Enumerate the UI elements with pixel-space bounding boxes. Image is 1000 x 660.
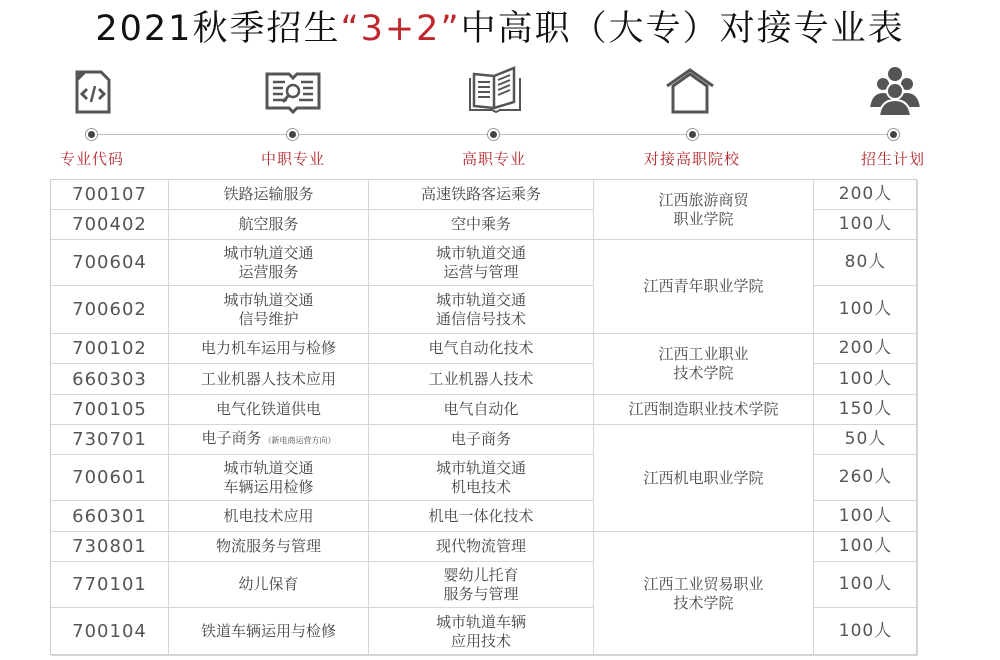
cell-line: 铁路运输服务 bbox=[223, 185, 313, 204]
cell-line: 江西工业职业 bbox=[658, 345, 748, 364]
cell-line: 电气自动化 bbox=[443, 400, 518, 419]
secondary-major-cell: 物流服务与管理 bbox=[169, 532, 369, 562]
column-header-code bbox=[22, 64, 162, 118]
enrollment-plan-cell: 260人 bbox=[814, 455, 918, 501]
major-code-cell: 700107 bbox=[51, 180, 169, 210]
major-code-cell: 700601 bbox=[51, 455, 169, 501]
code-file-icon bbox=[65, 64, 119, 118]
cell-line: 现代物流管理 bbox=[436, 537, 526, 556]
enrollment-plan-cell: 100人 bbox=[814, 210, 918, 240]
cell-line: 城市轨道交通 bbox=[436, 244, 526, 263]
column-header-secondary bbox=[223, 64, 363, 118]
partner-school-cell: 江西工业贸易职业技术学院 bbox=[594, 532, 814, 656]
major-note: （新电商运营方向） bbox=[264, 436, 336, 445]
cell-line: 城市轨道交通 bbox=[223, 244, 313, 263]
major-name: 电子商务 bbox=[201, 429, 261, 447]
higher-major-cell: 婴幼儿托育服务与管理 bbox=[369, 562, 594, 608]
secondary-major-cell: 电力机车运用与检修 bbox=[169, 334, 369, 364]
cell-line: 高速铁路客运乘务 bbox=[421, 185, 541, 204]
higher-major-cell: 电气自动化技术 bbox=[369, 334, 594, 364]
major-code-cell: 700105 bbox=[51, 395, 169, 425]
column-header-plan bbox=[825, 64, 965, 118]
cell-line: 运营与管理 bbox=[436, 263, 526, 282]
cell-line: 工业机器人技术应用 bbox=[201, 370, 336, 389]
cell-line: 航空服务 bbox=[238, 215, 298, 234]
cell-line: 婴幼儿托育 bbox=[443, 566, 518, 585]
timeline-dot bbox=[286, 128, 299, 141]
column-label-higher: 高职专业 bbox=[414, 148, 574, 169]
cell-line: 城市轨道车辆 bbox=[436, 613, 526, 632]
higher-major-cell: 电气自动化 bbox=[369, 395, 594, 425]
enrollment-plan-cell: 80人 bbox=[814, 240, 918, 286]
column-header-higher bbox=[424, 64, 564, 118]
enrollment-plan-cell: 200人 bbox=[814, 334, 918, 364]
column-label-plan: 招生计划 bbox=[813, 148, 973, 169]
enrollment-plan-cell: 100人 bbox=[814, 608, 918, 656]
cell-line: 服务与管理 bbox=[443, 585, 518, 604]
partner-school-cell: 江西机电职业学院 bbox=[594, 425, 814, 532]
enrollment-plan-cell: 50人 bbox=[814, 425, 918, 455]
higher-major-cell: 空中乘务 bbox=[369, 210, 594, 240]
page-title: 2021秋季招生“3+2”中高职（大专）对接专业表 bbox=[0, 4, 1000, 54]
column-label-secondary: 中职专业 bbox=[213, 148, 373, 169]
title-suffix: 中高职（大专）对接专业表 bbox=[461, 9, 905, 49]
people-group-icon bbox=[865, 64, 925, 118]
enrollment-plan-cell: 100人 bbox=[814, 364, 918, 395]
higher-major-cell: 电子商务 bbox=[369, 425, 594, 455]
column-label-code: 专业代码 bbox=[12, 148, 172, 169]
partner-school-cell: 江西工业职业技术学院 bbox=[594, 334, 814, 395]
title-accent: “3+2” bbox=[340, 9, 460, 49]
title-prefix: 2021秋季招生 bbox=[95, 9, 340, 49]
cell-line: 江西机电职业学院 bbox=[643, 469, 763, 488]
higher-major-cell: 现代物流管理 bbox=[369, 532, 594, 562]
cell-line: 铁道车辆运用与检修 bbox=[201, 622, 336, 641]
enrollment-plan-cell: 100人 bbox=[814, 286, 918, 334]
cell-line: 应用技术 bbox=[436, 632, 526, 651]
cell-line: 江西制造职业技术学院 bbox=[628, 400, 778, 419]
cell-line: 城市轨道交通 bbox=[223, 291, 313, 310]
column-label-school: 对接高职院校 bbox=[612, 148, 772, 169]
partner-school-cell: 江西制造职业技术学院 bbox=[594, 395, 814, 425]
cell-line: 电气化铁道供电 bbox=[216, 400, 321, 419]
timeline-dot bbox=[686, 128, 699, 141]
major-code-cell: 700104 bbox=[51, 608, 169, 656]
higher-major-cell: 高速铁路客运乘务 bbox=[369, 180, 594, 210]
house-icon bbox=[663, 64, 717, 118]
cell-line: 信号维护 bbox=[223, 310, 313, 329]
cell-line: 电子商务（新电商运营方向） bbox=[201, 429, 335, 450]
major-code-cell: 660301 bbox=[51, 501, 169, 532]
secondary-major-cell: 机电技术应用 bbox=[169, 501, 369, 532]
cell-line: 机电技术 bbox=[436, 478, 526, 497]
secondary-major-cell: 城市轨道交通运营服务 bbox=[169, 240, 369, 286]
cell-line: 电子商务 bbox=[451, 430, 511, 449]
secondary-major-cell: 铁路运输服务 bbox=[169, 180, 369, 210]
secondary-major-cell: 铁道车辆运用与检修 bbox=[169, 608, 369, 656]
secondary-major-cell: 城市轨道交通车辆运用检修 bbox=[169, 455, 369, 501]
cell-line: 江西青年职业学院 bbox=[643, 277, 763, 296]
cell-line: 江西旅游商贸 bbox=[658, 191, 748, 210]
secondary-major-cell: 城市轨道交通信号维护 bbox=[169, 286, 369, 334]
timeline-dot bbox=[85, 128, 98, 141]
major-code-cell: 730801 bbox=[51, 532, 169, 562]
open-book-search-icon bbox=[263, 64, 323, 118]
partner-school-cell: 江西青年职业学院 bbox=[594, 240, 814, 334]
cell-line: 机电技术应用 bbox=[223, 507, 313, 526]
cell-line: 幼儿保育 bbox=[238, 575, 298, 594]
major-code-cell: 730701 bbox=[51, 425, 169, 455]
higher-major-cell: 城市轨道交通通信信号技术 bbox=[369, 286, 594, 334]
secondary-major-cell: 航空服务 bbox=[169, 210, 369, 240]
enrollment-plan-cell: 150人 bbox=[814, 395, 918, 425]
major-code-cell: 770101 bbox=[51, 562, 169, 608]
major-code-cell: 700602 bbox=[51, 286, 169, 334]
major-code-cell: 700604 bbox=[51, 240, 169, 286]
cell-line: 职业学院 bbox=[658, 210, 748, 229]
enrollment-plan-cell: 200人 bbox=[814, 180, 918, 210]
timeline-dot bbox=[487, 128, 500, 141]
higher-major-cell: 城市轨道交通运营与管理 bbox=[369, 240, 594, 286]
cell-line: 技术学院 bbox=[658, 364, 748, 383]
higher-major-cell: 城市轨道车辆应用技术 bbox=[369, 608, 594, 656]
major-code-cell: 700402 bbox=[51, 210, 169, 240]
timeline-dot bbox=[887, 128, 900, 141]
enrollment-plan-cell: 100人 bbox=[814, 532, 918, 562]
enrollment-plan-cell: 100人 bbox=[814, 562, 918, 608]
cell-line: 运营服务 bbox=[223, 263, 313, 282]
major-code-cell: 700102 bbox=[51, 334, 169, 364]
major-mapping-table: 700107铁路运输服务高速铁路客运乘务200人700402航空服务空中乘务10… bbox=[50, 179, 917, 655]
cell-line: 技术学院 bbox=[643, 594, 763, 613]
secondary-major-cell: 幼儿保育 bbox=[169, 562, 369, 608]
cell-line: 通信信号技术 bbox=[436, 310, 526, 329]
cell-line: 电力机车运用与检修 bbox=[201, 339, 336, 358]
cell-line: 城市轨道交通 bbox=[436, 459, 526, 478]
higher-major-cell: 机电一体化技术 bbox=[369, 501, 594, 532]
higher-major-cell: 工业机器人技术 bbox=[369, 364, 594, 395]
cell-line: 城市轨道交通 bbox=[223, 459, 313, 478]
major-code-cell: 660303 bbox=[51, 364, 169, 395]
cell-line: 城市轨道交通 bbox=[436, 291, 526, 310]
cell-line: 物流服务与管理 bbox=[216, 537, 321, 556]
secondary-major-cell: 工业机器人技术应用 bbox=[169, 364, 369, 395]
cell-line: 机电一体化技术 bbox=[428, 507, 533, 526]
enrollment-plan-cell: 100人 bbox=[814, 501, 918, 532]
cell-line: 工业机器人技术 bbox=[428, 370, 533, 389]
column-header-school bbox=[620, 64, 760, 118]
cell-line: 电气自动化技术 bbox=[428, 339, 533, 358]
higher-major-cell: 城市轨道交通机电技术 bbox=[369, 455, 594, 501]
secondary-major-cell: 电子商务（新电商运营方向） bbox=[169, 425, 369, 455]
cell-line: 江西工业贸易职业 bbox=[643, 575, 763, 594]
secondary-major-cell: 电气化铁道供电 bbox=[169, 395, 369, 425]
cell-line: 车辆运用检修 bbox=[223, 478, 313, 497]
open-book-icon bbox=[464, 64, 524, 118]
cell-line: 空中乘务 bbox=[451, 215, 511, 234]
partner-school-cell: 江西旅游商贸职业学院 bbox=[594, 180, 814, 240]
